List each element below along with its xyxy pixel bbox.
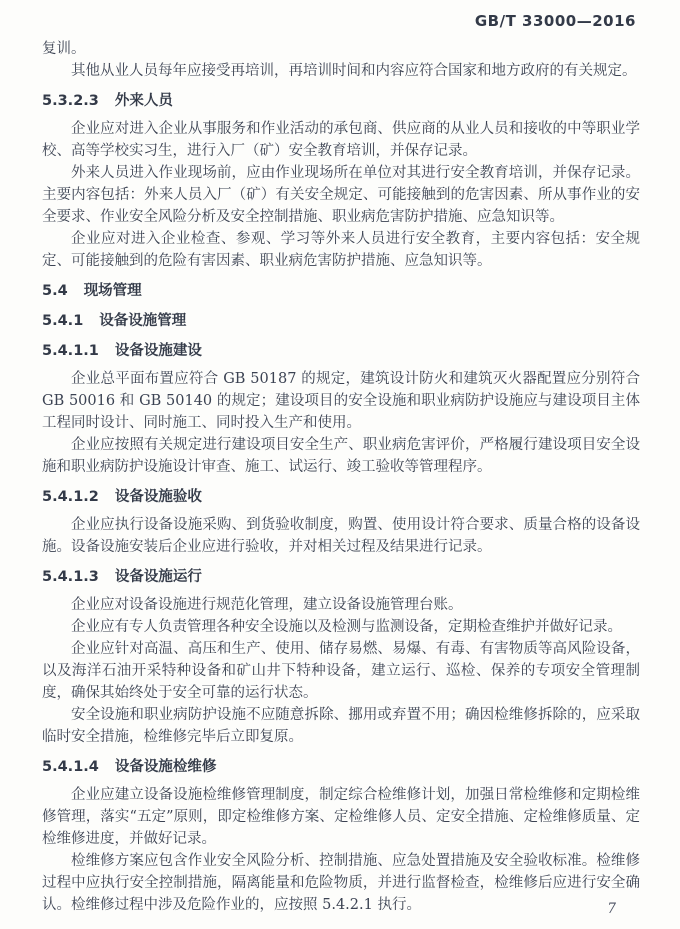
document-body: 复训。 其他从业人员每年应接受再培训，再培训时间和内容应符合国家和地方政府的有关… [42, 38, 640, 916]
paragraph-project-evaluation: 企业应按照有关规定进行建设项目安全生产、职业病危害评价，严格履行建设项目安全设施… [42, 434, 640, 478]
page-number: 7 [607, 901, 616, 917]
section-heading-5-4-1-3: 5.4.1.3设备设施运行 [42, 566, 640, 588]
section-heading-5-4-1-1: 5.4.1.1设备设施建设 [42, 340, 640, 362]
section-number: 5.4.1.4 [42, 759, 99, 775]
paragraph-procurement-acceptance: 企业应执行设备设施采购、到货验收制度，购置、使用设计符合要求、质量合格的设备设施… [42, 514, 640, 558]
section-number: 5.4.1.3 [42, 569, 99, 585]
section-number: 5.4.1.2 [42, 489, 99, 505]
section-heading-5-3-2-3: 5.3.2.3外来人员 [42, 90, 640, 112]
paragraph-maintenance-plan: 检维修方案应包含作业安全风险分析、控制措施、应急处置措施及安全验收标准。检维修过… [42, 850, 640, 916]
paragraph-no-dismantling: 安全设施和职业病防护设施不应随意拆除、挪用或弃置不用；确因检维修拆除的，应采取临… [42, 704, 640, 748]
paragraph-visitor-education: 企业应对进入企业检查、参观、学习等外来人员进行安全教育，主要内容包括：安全规定、… [42, 228, 640, 272]
section-title: 外来人员 [115, 93, 173, 109]
section-title: 设备设施运行 [115, 569, 202, 585]
standard-code-header: GB/T 33000—2016 [475, 12, 636, 30]
section-number: 5.4 [42, 283, 68, 299]
paragraph-visitor-site-training: 外来人员进入作业现场前，应由作业现场所在单位对其进行安全教育培训，并保存记录。主… [42, 162, 640, 228]
section-heading-5-4-1-4: 5.4.1.4设备设施检维修 [42, 756, 640, 778]
section-title: 现场管理 [84, 283, 142, 299]
section-title: 设备设施验收 [115, 489, 202, 505]
document-page: GB/T 33000—2016 复训。 其他从业人员每年应接受再培训，再培训时间… [0, 0, 680, 929]
paragraph-continuation: 复训。 [42, 38, 640, 60]
section-number: 5.3.2.3 [42, 93, 99, 109]
paragraph-dedicated-personnel: 企业应有专人负责管理各种安全设施以及检测与监测设备，定期检查维护并做好记录。 [42, 616, 640, 638]
paragraph-retraining: 其他从业人员每年应接受再培训，再培训时间和内容应符合国家和地方政府的有关规定。 [42, 60, 640, 82]
paragraph-equipment-ledger: 企业应对设备设施进行规范化管理，建立设备设施管理台账。 [42, 594, 640, 616]
paragraph-maintenance-system: 企业应建立设备设施检维修管理制度，制定综合检维修计划，加强日常检维修和定期检维修… [42, 784, 640, 850]
paragraph-high-risk-equipment: 企业应针对高温、高压和生产、使用、储存易燃、易爆、有毒、有害物质等高风险设备，以… [42, 638, 640, 704]
section-number: 5.4.1 [42, 313, 83, 329]
section-title: 设备设施建设 [115, 343, 202, 359]
section-title: 设备设施管理 [99, 313, 186, 329]
section-number: 5.4.1.1 [42, 343, 99, 359]
paragraph-layout-standards: 企业总平面布置应符合 GB 50187 的规定，建筑设计防火和建筑灭火器配置应分… [42, 368, 640, 434]
section-heading-5-4: 5.4现场管理 [42, 280, 640, 302]
section-heading-5-4-1: 5.4.1设备设施管理 [42, 310, 640, 332]
section-heading-5-4-1-2: 5.4.1.2设备设施验收 [42, 486, 640, 508]
paragraph-contractor-training: 企业应对进入企业从事服务和作业活动的承包商、供应商的从业人员和接收的中等职业学校… [42, 118, 640, 162]
section-title: 设备设施检维修 [115, 759, 217, 775]
